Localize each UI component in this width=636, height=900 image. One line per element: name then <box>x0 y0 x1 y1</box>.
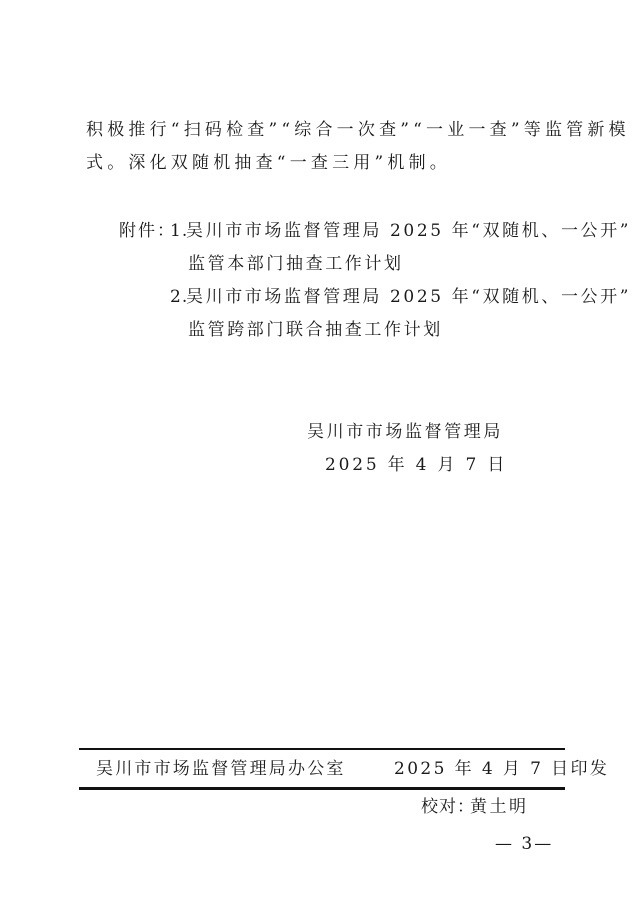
proofreader-name: 黄土明 <box>470 797 529 817</box>
attachment-1-title-line2: 监管本部门抽查工作计划 <box>188 254 404 274</box>
attachment-1-title-line1: 吴川市市场监督管理局 2025 年“双随机、一公开” <box>186 221 631 241</box>
issuer-name: 吴川市市场监督管理局 <box>307 422 503 442</box>
page-number: — 3— <box>495 834 553 854</box>
paragraph-line-2: 式。深化双随机抽查“一查三用”机制。 <box>86 153 451 173</box>
attachment-2-title-line2: 监管跨部门联合抽查工作计划 <box>188 320 443 340</box>
footer-office: 吴川市市场监督管理局办公室 <box>96 759 346 779</box>
paragraph-line-1: 积极推行“扫码检查”“综合一次查”“一业一查”等监管新模 <box>86 120 630 140</box>
attachments-label: 附件： <box>119 221 176 241</box>
proofreader-label: 校对： <box>421 797 475 817</box>
footer-bottom-rule <box>79 787 565 790</box>
footer-print-date: 2025 年 4 月 7 日印发 <box>394 759 609 779</box>
attachment-2-title-line1: 吴川市市场监督管理局 2025 年“双随机、一公开” <box>186 287 631 307</box>
footer-top-rule <box>79 748 565 750</box>
issue-date: 2025 年 4 月 7 日 <box>325 455 507 475</box>
